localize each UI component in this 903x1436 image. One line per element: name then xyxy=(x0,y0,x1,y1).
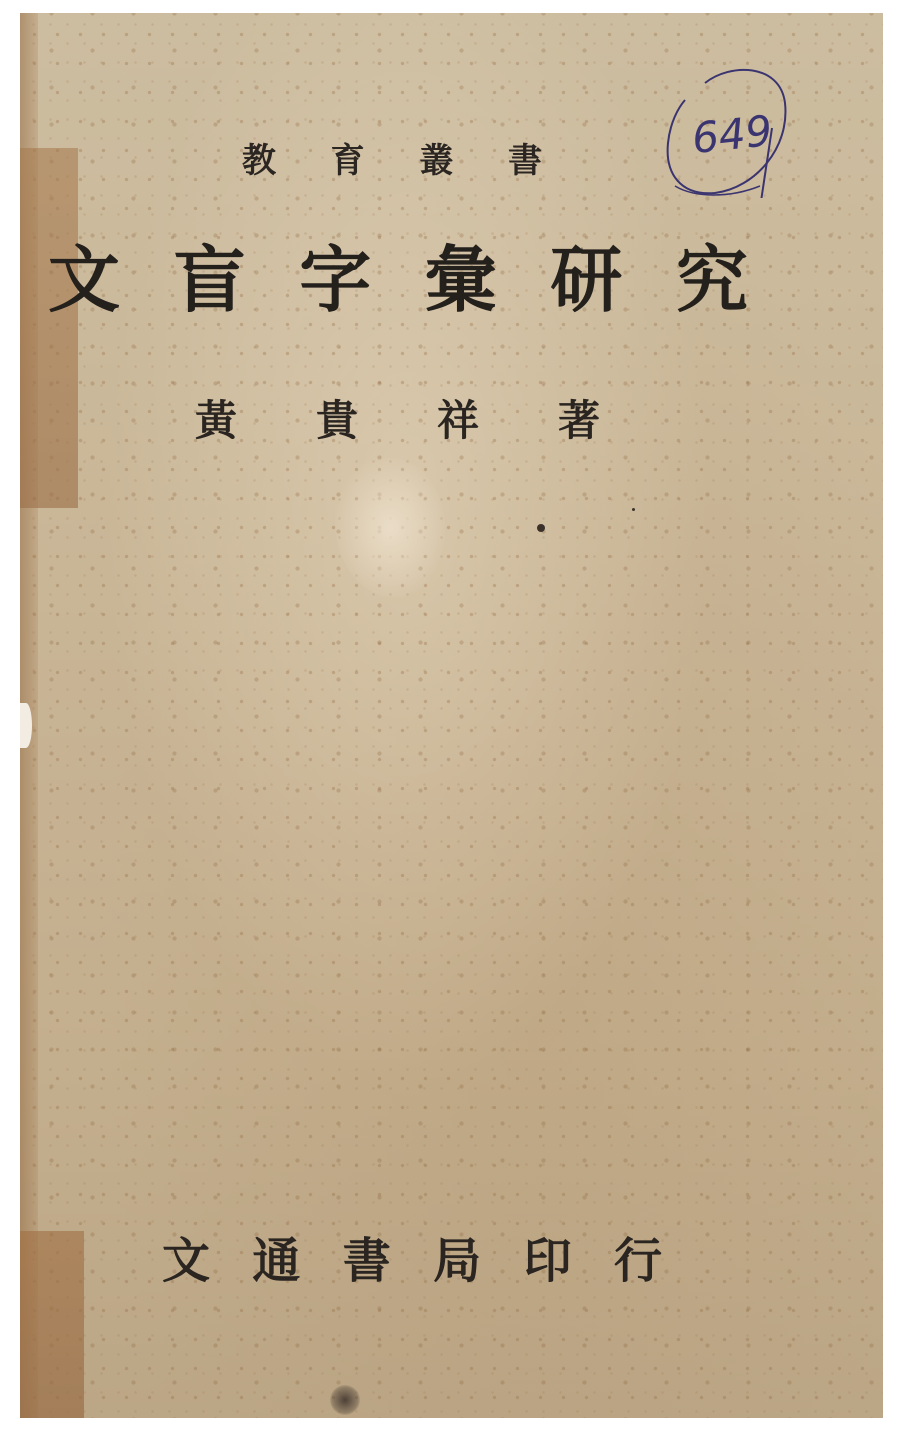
title-char: 字 xyxy=(299,240,371,320)
title-char: 盲 xyxy=(174,240,246,320)
publisher-char: 文 xyxy=(162,1222,210,1291)
series-char: 育 xyxy=(331,133,365,182)
series-char: 書 xyxy=(508,133,542,182)
publisher-line: 文 通 書 局 印 行 xyxy=(162,1222,662,1291)
foxing-texture xyxy=(20,13,883,1418)
author-char: 黃 xyxy=(195,388,237,448)
worn-patch xyxy=(335,458,445,598)
series-title: 教 育 叢 書 xyxy=(242,133,542,182)
author-char: 祥 xyxy=(437,388,479,448)
book-cover xyxy=(20,13,883,1418)
author-char: 貴 xyxy=(316,388,358,448)
tape-stain-bottom xyxy=(20,1231,84,1418)
ink-smudge xyxy=(330,1385,360,1415)
author-line: 黃 貴 祥 著 xyxy=(195,388,600,448)
handwritten-number: 649 xyxy=(690,106,775,163)
publisher-char: 局 xyxy=(433,1222,481,1291)
author-char: 著 xyxy=(558,388,600,448)
book-title: 文 盲 字 彙 研 究 xyxy=(48,240,748,320)
title-char: 究 xyxy=(676,240,748,320)
series-char: 教 xyxy=(242,133,276,182)
edge-tear xyxy=(20,703,32,748)
series-char: 叢 xyxy=(419,133,453,182)
ink-dot xyxy=(537,524,545,532)
ink-dot xyxy=(632,508,635,511)
publisher-char: 書 xyxy=(343,1222,391,1291)
publisher-char: 印 xyxy=(524,1222,572,1291)
title-char: 研 xyxy=(550,240,622,320)
publisher-char: 行 xyxy=(614,1222,662,1291)
title-char: 彙 xyxy=(425,240,497,320)
title-char: 文 xyxy=(48,240,120,320)
publisher-char: 通 xyxy=(252,1222,300,1291)
tape-stain-top xyxy=(20,148,78,508)
